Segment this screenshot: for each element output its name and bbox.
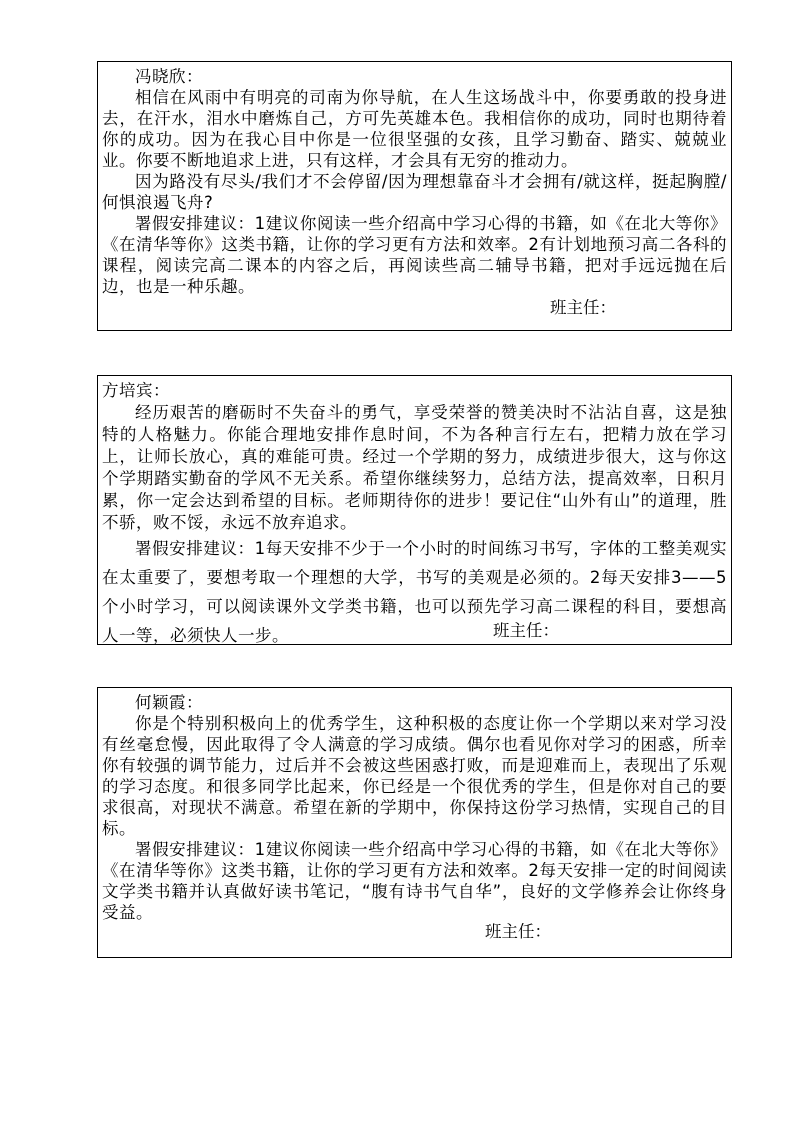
comment-card-feng-xiaoxin: 冯晓欣： 相信在风雨中有明亮的司南为你导航，在人生这场战斗中，你要勇敢的投身进去… (97, 61, 732, 331)
poem-paragraph: 因为路没有尽头/我们才不会停留/因为理想靠奋斗才会拥有/就这样，挺起胸膛/何惧浪… (102, 171, 727, 213)
comment-paragraph: 相信在风雨中有明亮的司南为你导航，在人生这场战斗中，你要勇敢的投身进去，在汗水，… (102, 87, 727, 171)
advice-paragraph: 署假安排建议：1建议你阅读一些介绍高中学习心得的书籍，如《在北大等你》《在清华等… (102, 839, 727, 923)
student-name: 方培宾： (102, 380, 727, 402)
advice-paragraph: 署假安排建议：1每天安排不少于一个小时的时间练习书写，字体的工整美观实在太重要了… (102, 534, 727, 650)
comment-card-he-yingxia: 何颖霞： 你是个特别积极向上的优秀学生，这种积极的态度让你一个学期以来对学习没有… (97, 687, 732, 958)
comment-card-fang-peibin: 方培宾： 经历艰苦的磨砺时不失奋斗的勇气，享受荣誉的赞美决时不沾沾自喜，这是独特… (97, 375, 732, 645)
advice-paragraph: 署假安排建议：1建议你阅读一些介绍高中学习心得的书籍，如《在北大等你》《在清华等… (102, 213, 727, 297)
signature-label: 班主任： (485, 921, 551, 942)
student-name: 何颖霞： (102, 692, 727, 713)
signature-label: 班主任： (550, 297, 616, 318)
signature-label: 班主任： (493, 620, 559, 641)
document-page: 冯晓欣： 相信在风雨中有明亮的司南为你导航，在人生这场战斗中，你要勇敢的投身进去… (0, 0, 793, 1122)
student-name: 冯晓欣： (102, 66, 727, 87)
comment-paragraph: 你是个特别积极向上的优秀学生，这种积极的态度让你一个学期以来对学习没有丝毫怠慢，… (102, 713, 727, 839)
comment-paragraph: 经历艰苦的磨砺时不失奋斗的勇气，享受荣誉的赞美决时不沾沾自喜，这是独特的人格魅力… (102, 402, 727, 534)
